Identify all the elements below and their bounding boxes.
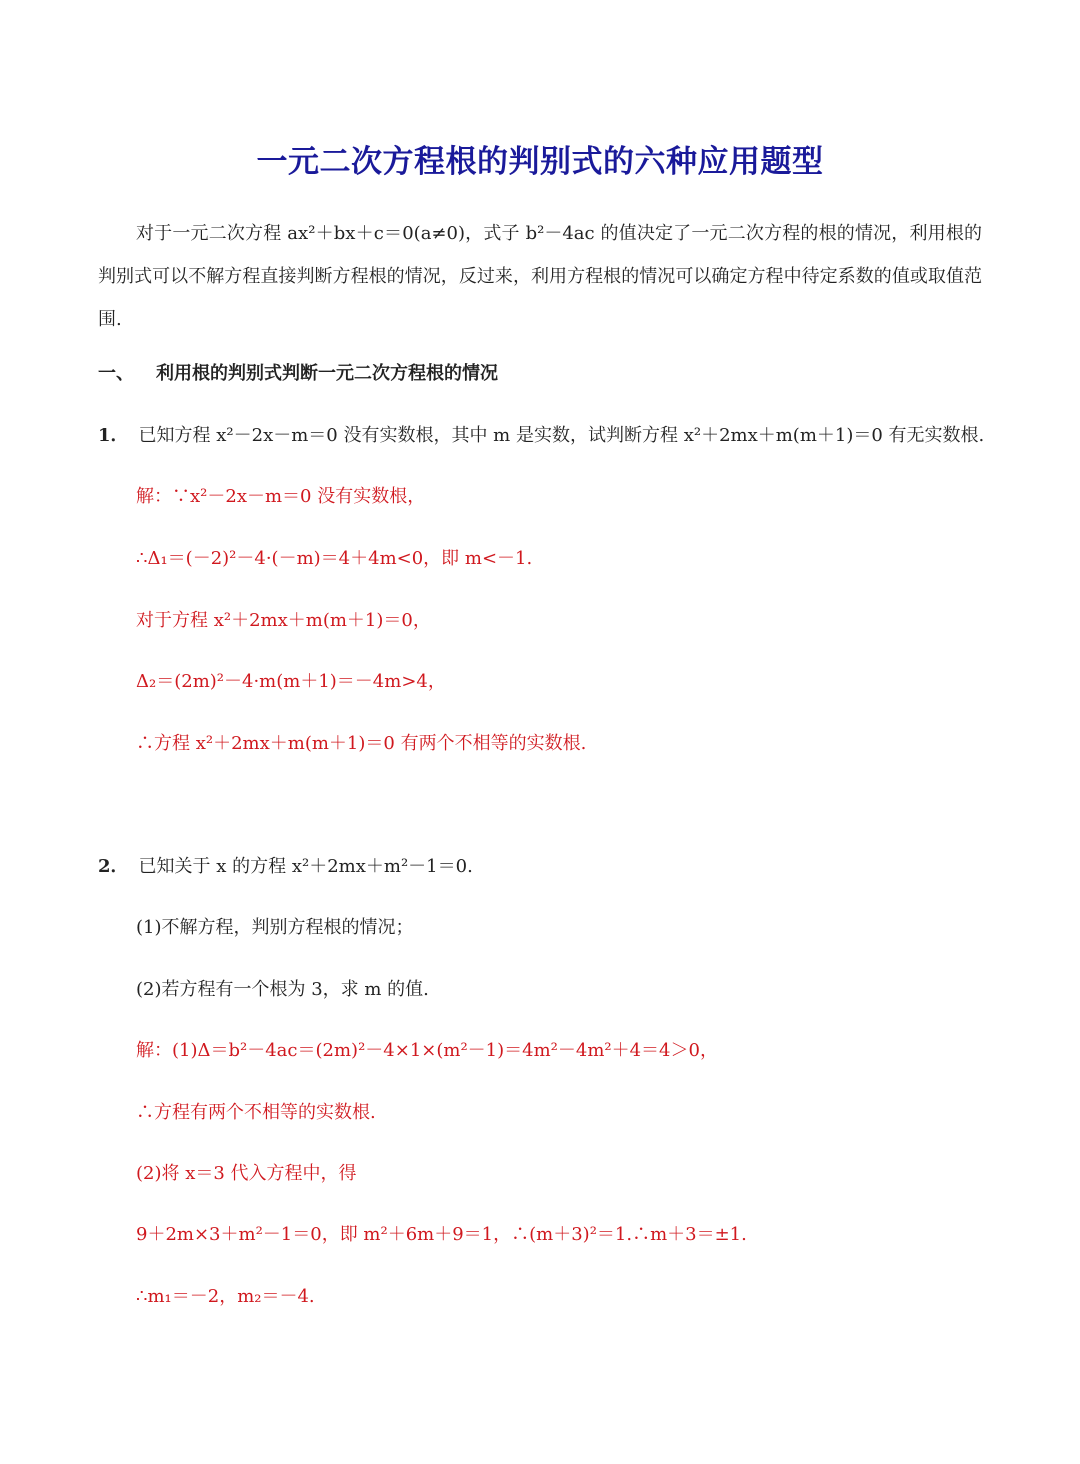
problem-text: 已知方程 x²－2x－m＝0 没有实数根，其中 m 是实数，试判断方程 x²＋2… [139, 425, 985, 446]
solution-line: 解：(1)Δ＝b²－4ac＝(2m)²－4×1×(m²－1)＝4m²－4m²＋4… [136, 1039, 718, 1063]
solution-line: Δ₂＝(2m)²－4·m(m＋1)＝－4m>4， [136, 670, 446, 694]
problem-1-statement: 1．已知方程 x²－2x－m＝0 没有实数根，其中 m 是实数，试判断方程 x²… [98, 424, 984, 448]
problem-text: 已知关于 x 的方程 x²＋2mx＋m²－1＝0. [139, 856, 473, 877]
solution-line: ∴方程 x²＋2mx＋m(m＋1)＝0 有两个不相等的实数根. [136, 732, 586, 756]
solution-line: 解：∵x²－2x－m＝0 没有实数根， [136, 485, 425, 509]
problem-2-statement: 2．已知关于 x 的方程 x²＋2mx＋m²－1＝0. [98, 855, 473, 879]
section-number: 一、 [98, 363, 134, 384]
solution-line: ∴Δ₁＝(－2)²－4·(－m)＝4＋4m<0，即 m<－1. [136, 547, 532, 571]
section-heading-text: 利用根的判别式判断一元二次方程根的情况 [156, 363, 498, 384]
document-title: 一元二次方程根的判别式的六种应用题型 [0, 136, 1080, 181]
problem-number: 2． [98, 856, 129, 877]
sub-question: (1)不解方程，判别方程根的情况； [136, 916, 414, 940]
intro-paragraph: 对于一元二次方程 ax²＋bx＋c＝0(a≠0)，式子 b²－4ac 的值决定了… [98, 212, 982, 341]
solution-line: 9＋2m×3＋m²－1＝0，即 m²＋6m＋9＝1，∴(m＋3)²＝1.∴m＋3… [136, 1223, 747, 1247]
sub-question: (2)若方程有一个根为 3，求 m 的值. [136, 978, 429, 1002]
problem-number: 1． [98, 425, 129, 446]
solution-line: (2)将 x＝3 代入方程中，得 [136, 1162, 357, 1186]
solution-line: ∴m₁＝－2，m₂＝－4. [136, 1285, 315, 1309]
solution-line: 对于方程 x²＋2mx＋m(m＋1)＝0， [136, 609, 431, 633]
section-heading: 一、利用根的判别式判断一元二次方程根的情况 [98, 362, 498, 386]
solution-line: ∴方程有两个不相等的实数根. [136, 1101, 376, 1125]
